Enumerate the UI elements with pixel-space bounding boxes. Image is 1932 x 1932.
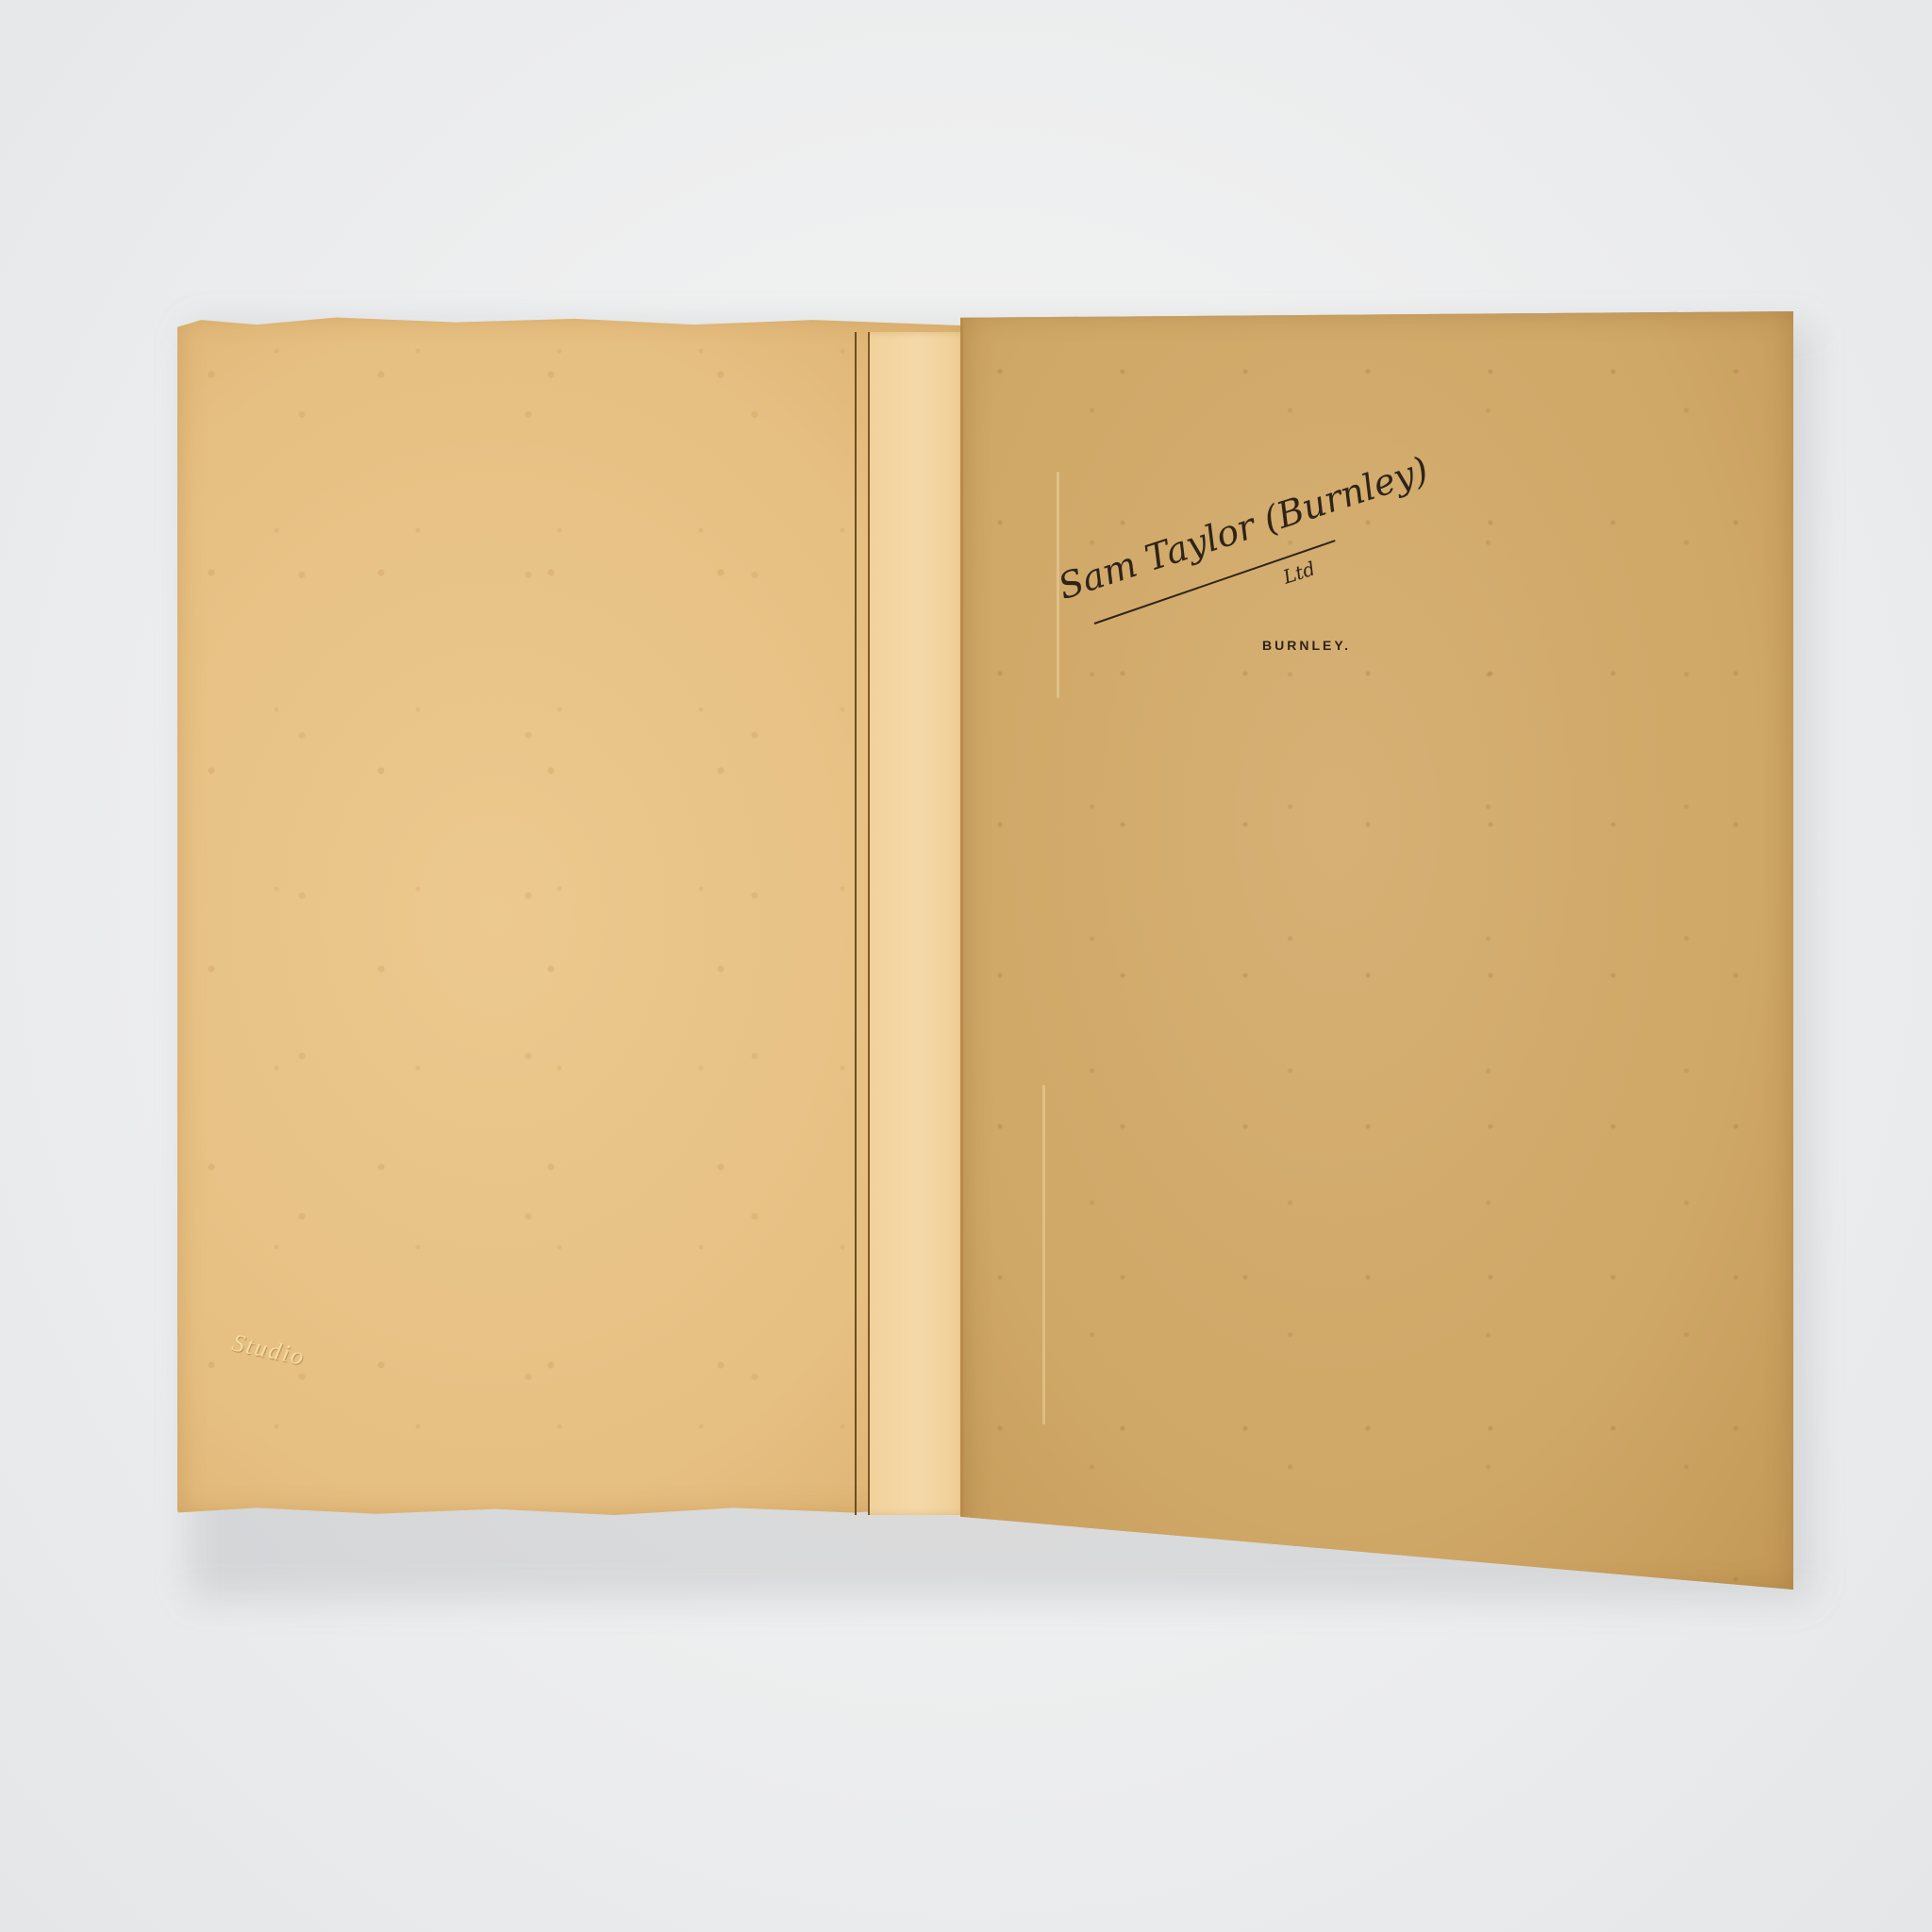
paper-crease bbox=[1042, 1085, 1045, 1424]
left-cover-page bbox=[177, 315, 972, 1515]
inner-flap bbox=[868, 332, 968, 1515]
studio-city: BURNLEY. bbox=[1262, 638, 1351, 653]
fold-line bbox=[855, 332, 857, 1515]
